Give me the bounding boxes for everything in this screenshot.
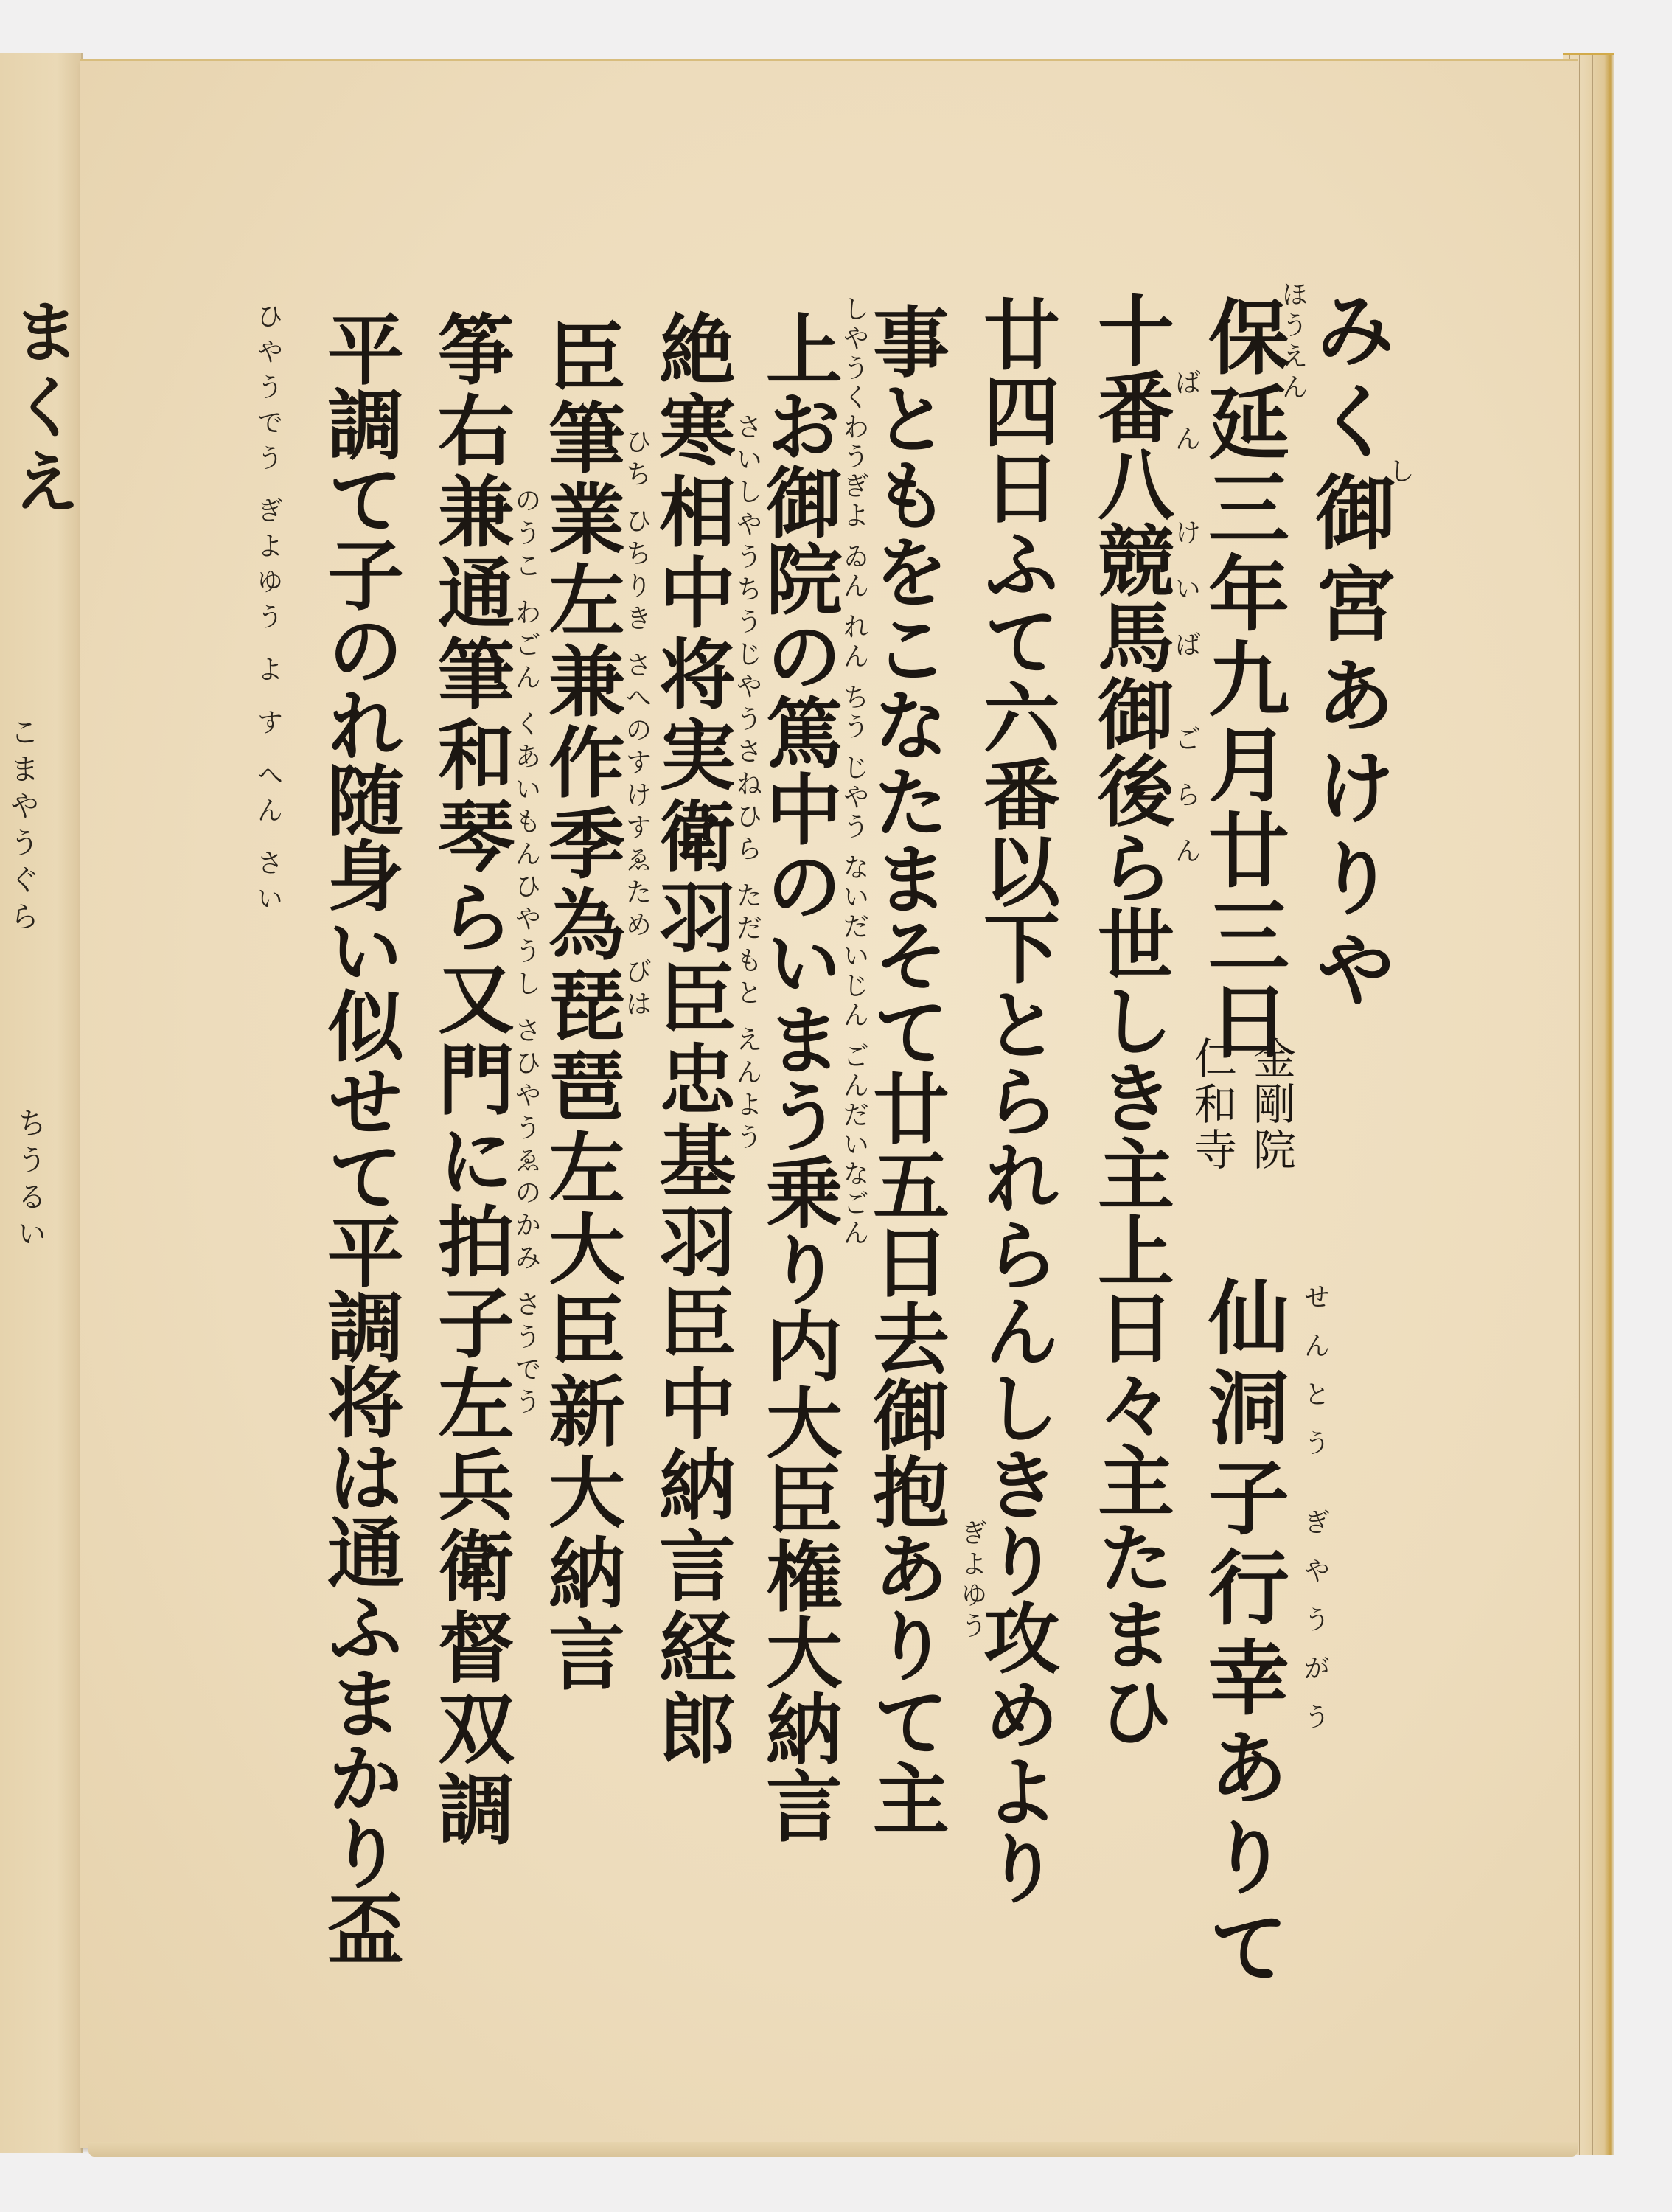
annotation-ninnaji: 仁和寺: [1191, 1036, 1233, 1173]
ruby-column-2: ほうえん: [1279, 280, 1306, 404]
ruby-column-6: しやうくわうぎよ ゐん れん ちう じやう ないだいじん ごんだいなごん: [840, 295, 867, 1248]
annotation-kongoin: 金剛院: [1250, 1036, 1292, 1173]
text-column-8: 臣筆業左兼作季為琵琶左大臣新大納言: [542, 317, 619, 1696]
text-column-1: みく御宮あけりや: [1309, 288, 1390, 1019]
page-bottom-edge: [88, 2142, 1578, 2157]
text-column-7: 絶寒相中将実衛羽臣忠基羽臣中納言経郎: [652, 310, 729, 1770]
left-page-ruby-3: ちうるい: [15, 1107, 44, 1255]
text-column-3: 十番八競馬御後ら世しき主上日々主たまひ: [1091, 291, 1168, 1748]
text-column-9: 筝右兼通筆和琴ら又門に拍子左兵衛督双調: [431, 310, 508, 1851]
ruby-column-7: さいしやうちうじやうさねひら ただもと えんよう: [734, 413, 760, 1155]
left-page-ruby-2: こまやうぐら: [7, 717, 37, 938]
ruby-column-5: ぎよゆう: [958, 1519, 985, 1643]
ruby-column-1: し: [1386, 457, 1413, 488]
text-column-2: 保延三年九月廿三日: [1202, 295, 1283, 1065]
text-column-2b: 仙洞子行幸ありて: [1202, 1276, 1283, 1995]
ruby-column-9: のうこ わごん くあいもんひやうし さひやうゑのかみ さうでう: [512, 487, 539, 1420]
left-page: まくえ こまやうぐら ちうるい: [0, 53, 83, 2153]
ruby-column-8: ひち ひちりき さへのすけすゑため びは: [623, 428, 649, 1022]
text-column-5: 事ともをこなたまそて廿五日去御抱ありて主: [866, 302, 943, 1836]
text-column-6: 上お御院の篤中のいまう乗り内大臣権大納言: [759, 310, 836, 1843]
ruby-column-10: ひやうでう ぎよゆう よ す へん さい: [254, 302, 281, 919]
ruby-column-2b: せんとう ぎやうがう: [1301, 1283, 1328, 1751]
text-column-10: 平調て子のれ随身い似せて平調将は通ふまかり盃: [321, 310, 397, 1964]
left-page-column-1: まくえ: [7, 296, 75, 522]
ruby-column-3: ばん けいば ごらん: [1172, 369, 1199, 893]
text-column-4: 廿四日ふて六番以下とられらんしきり攻めより: [977, 295, 1053, 1905]
